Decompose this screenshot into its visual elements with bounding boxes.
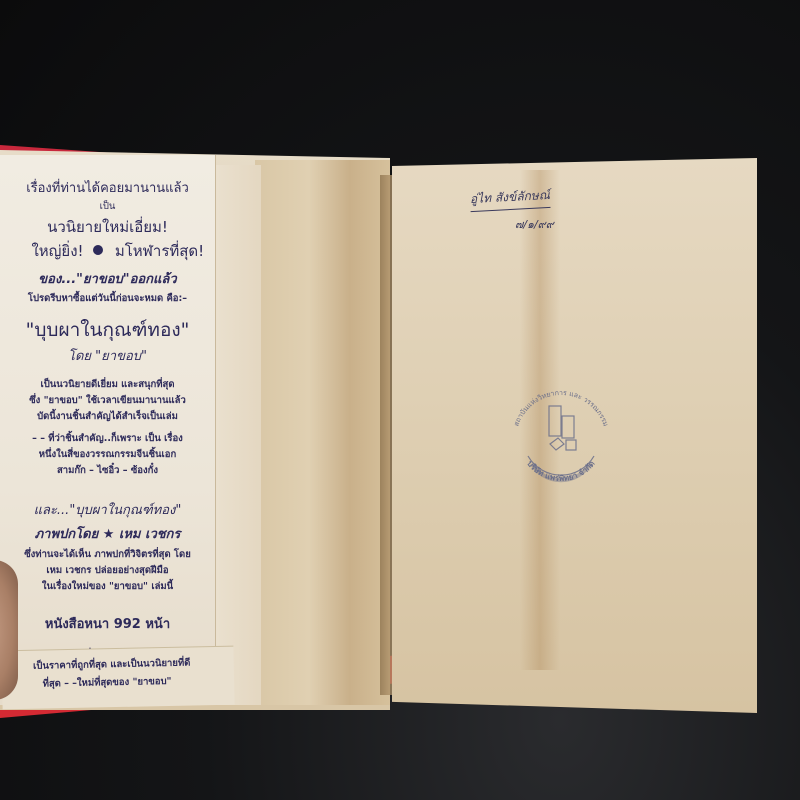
ad-line: โดย "ยาขอบ"	[0, 345, 215, 366]
photo-scene: เรื่องที่ท่านได้คอยมานานแล้ว เป็น นวนิยา…	[0, 0, 800, 800]
price-strip: เป็นราคาที่ถูกที่สุด และเป็นนวนิยายที่ดี…	[1, 646, 234, 710]
ad-line: เป็น	[0, 199, 215, 214]
handwritten-signature: อู่ไท สังข์ลักษณ์	[469, 186, 550, 212]
advertisement-slip: เรื่องที่ท่านได้คอยมานานแล้ว เป็น นวนิยา…	[0, 155, 215, 705]
stamp-icon: สถาบันแห่งวิทยาการ และ วรรณกรรม บริษัท แ…	[502, 378, 620, 496]
endpaper-fold	[255, 160, 390, 705]
ad-line: สามก๊ก – ไซอิ๋ว – ซ้องกั๋ง	[0, 463, 215, 478]
publisher-stamp: สถาบันแห่งวิทยาการ และ วรรณกรรม บริษัท แ…	[502, 378, 620, 496]
ad-line: หนึ่งในสี่ของวรรณกรรมจีนชิ้นเอก	[0, 447, 215, 462]
ad-line: นวนิยายใหม่เอี่ยม!	[0, 215, 215, 239]
ad-line: และ..."บุบผาในกุณฑ์ทอง"	[0, 499, 215, 520]
ad-line: ซึ่ง "ยาขอบ" ใช้เวลาเขียนมานานแล้ว	[0, 393, 215, 408]
ad-line: เป็นราคาที่ถูกที่สุด และเป็นนวนิยายที่ดี	[2, 655, 222, 675]
ad-line: โปรดรีบหาซื้อแต่วันนี้ก่อนจะหมด คือ:–	[0, 291, 215, 306]
ad-line: ซึ่งท่านจะได้เห็น ภาพปกที่วิจิตรที่สุด โ…	[0, 547, 215, 562]
ad-line: เป็นนวนิยายดีเยี่ยม และสนุกที่สุด	[0, 377, 215, 392]
ad-line: – – ที่ว่าชิ้นสำคัญ..ก็เพราะ เป็น เรื่อง	[0, 431, 215, 446]
page-count-line: หนังสือหนา 992 หน้า	[0, 613, 215, 634]
ad-line: บัดนี้งานชิ้นสำคัญได้สำเร็จเป็นเล่ม	[0, 409, 215, 424]
handwritten-date: ๗/๑/๙๙	[515, 215, 554, 233]
ad-line: เรื่องที่ท่านได้คอยมานานแล้ว	[0, 177, 215, 198]
stamp-bottom-text: บริษัท แพร่พิทยา จำกัด	[525, 459, 596, 483]
ad-line: ของ..."ยาขอบ"ออกแล้ว	[0, 268, 215, 289]
holding-finger	[0, 560, 18, 700]
ad-line: ในเรื่องใหม่ของ "ยาขอบ" เล่มนี้	[0, 579, 215, 594]
svg-text:บริษัท แพร่พิทยา จำกัด: บริษัท แพร่พิทยา จำกัด	[525, 459, 596, 483]
ad-line: ที่สุด – –ใหม่ที่สุดของ "ยาขอบ"	[2, 673, 212, 692]
ad-line: มโหฬารที่สุด!	[52, 239, 267, 263]
ad-line: เหม เวชกร ปล่อยอย่างสุดฝีมือ	[0, 563, 215, 578]
cover-artist-line: ภาพปกโดย ★ เหม เวชกร	[0, 523, 215, 544]
book-title: "บุบผาในกุณฑ์ทอง"	[0, 315, 215, 345]
